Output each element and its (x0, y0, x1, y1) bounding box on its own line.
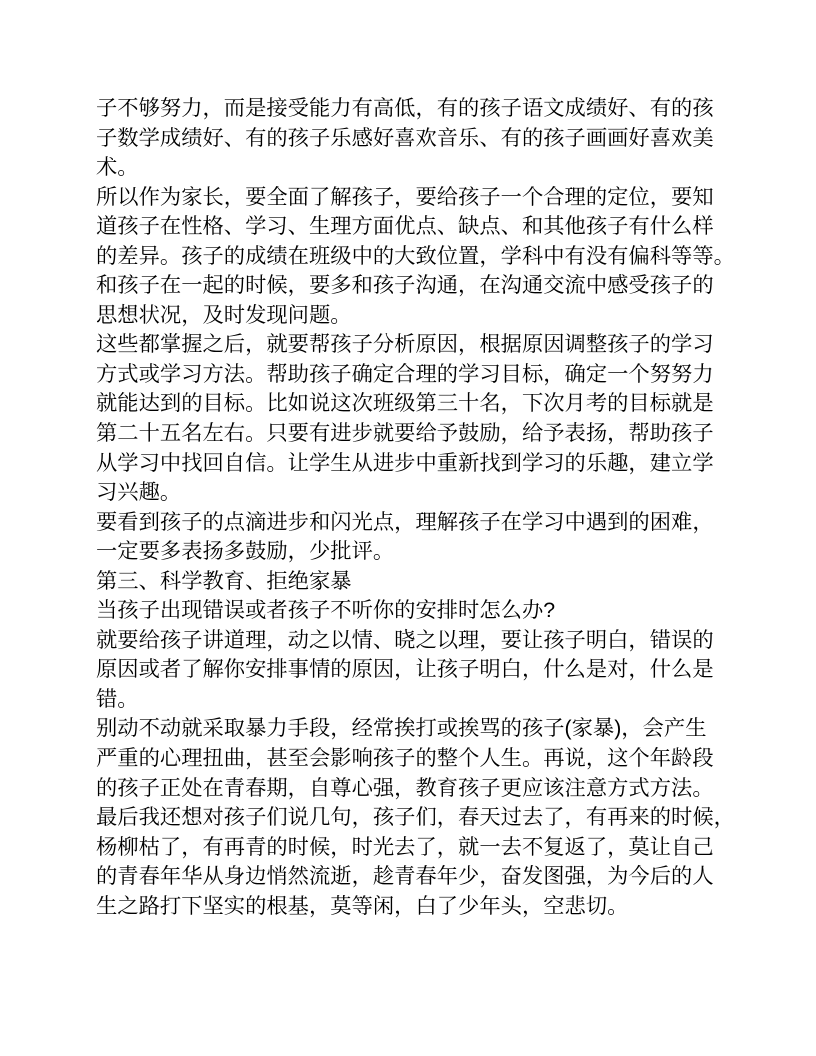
text-line: 子数学成绩好、有的孩子乐感好喜欢音乐、有的孩子画画好喜欢美 (96, 124, 720, 154)
paragraph: 别动不动就采取暴力手段，经常挨打或挨骂的孩子(家暴)，会产生严重的心理扭曲，甚至… (96, 714, 720, 803)
paragraph: 当孩子出现错误或者孩子不听你的安排时怎么办? (96, 596, 720, 626)
paragraph: 所以作为家长，要全面了解孩子，要给孩子一个合理的定位，要知道孩子在性格、学习、生… (96, 183, 720, 331)
text-line: 第三、科学教育、拒绝家暴 (96, 567, 720, 597)
text-line: 就要给孩子讲道理，动之以情、晓之以理，要让孩子明白，错误的 (96, 626, 720, 656)
text-line: 的差异。孩子的成绩在班级中的大致位置，学科中有没有偏科等等。 (96, 242, 720, 272)
text-line: 就能达到的目标。比如说这次班级第三十名，下次月考的目标就是 (96, 389, 720, 419)
text-line: 子不够努力，而是接受能力有高低，有的孩子语文成绩好、有的孩 (96, 94, 720, 124)
paragraph: 这些都掌握之后，就要帮孩子分析原因，根据原因调整孩子的学习方式或学习方法。帮助孩… (96, 330, 720, 507)
text-line: 当孩子出现错误或者孩子不听你的安排时怎么办? (96, 596, 720, 626)
paragraph: 第三、科学教育、拒绝家暴 (96, 567, 720, 597)
text-line: 和孩子在一起的时候，要多和孩子沟通，在沟通交流中感受孩子的 (96, 271, 720, 301)
text-line: 这些都掌握之后，就要帮孩子分析原因，根据原因调整孩子的学习 (96, 330, 720, 360)
text-line: 方式或学习方法。帮助孩子确定合理的学习目标，确定一个努努力 (96, 360, 720, 390)
text-line: 术。 (96, 153, 720, 183)
document-page: 子不够努力，而是接受能力有高低，有的孩子语文成绩好、有的孩子数学成绩好、有的孩子… (0, 0, 816, 1056)
text-line: 错。 (96, 685, 720, 715)
text-line: 第二十五名左右。只要有进步就要给予鼓励，给予表扬，帮助孩子 (96, 419, 720, 449)
text-line: 别动不动就采取暴力手段，经常挨打或挨骂的孩子(家暴)，会产生 (96, 714, 720, 744)
text-line: 的青春年华从身边悄然流逝，趁青春年少，奋发图强，为今后的人 (96, 862, 720, 892)
paragraph: 最后我还想对孩子们说几句，孩子们，春天过去了，有再来的时候，杨柳枯了，有再青的时… (96, 803, 720, 921)
text-line: 原因或者了解你安排事情的原因，让孩子明白，什么是对，什么是 (96, 655, 720, 685)
text-line: 生之路打下坚实的根基，莫等闲，白了少年头，空悲切。 (96, 892, 720, 922)
document-text-block: 子不够努力，而是接受能力有高低，有的孩子语文成绩好、有的孩子数学成绩好、有的孩子… (96, 94, 720, 921)
text-line: 的孩子正处在青春期，自尊心强，教育孩子更应该注意方式方法。 (96, 774, 720, 804)
paragraph: 子不够努力，而是接受能力有高低，有的孩子语文成绩好、有的孩子数学成绩好、有的孩子… (96, 94, 720, 183)
text-line: 严重的心理扭曲，甚至会影响孩子的整个人生。再说，这个年龄段 (96, 744, 720, 774)
paragraph: 要看到孩子的点滴进步和闪光点，理解孩子在学习中遇到的困难，一定要多表扬多鼓励，少… (96, 508, 720, 567)
text-line: 习兴趣。 (96, 478, 720, 508)
text-line: 杨柳枯了，有再青的时候，时光去了，就一去不复返了，莫让自己 (96, 833, 720, 863)
text-line: 一定要多表扬多鼓励，少批评。 (96, 537, 720, 567)
text-line: 道孩子在性格、学习、生理方面优点、缺点、和其他孩子有什么样 (96, 212, 720, 242)
text-line: 思想状况，及时发现问题。 (96, 301, 720, 331)
text-line: 最后我还想对孩子们说几句，孩子们，春天过去了，有再来的时候， (96, 803, 720, 833)
paragraph: 就要给孩子讲道理，动之以情、晓之以理，要让孩子明白，错误的原因或者了解你安排事情… (96, 626, 720, 715)
text-line: 要看到孩子的点滴进步和闪光点，理解孩子在学习中遇到的困难， (96, 508, 720, 538)
text-line: 从学习中找回自信。让学生从进步中重新找到学习的乐趣，建立学 (96, 449, 720, 479)
text-line: 所以作为家长，要全面了解孩子，要给孩子一个合理的定位，要知 (96, 183, 720, 213)
